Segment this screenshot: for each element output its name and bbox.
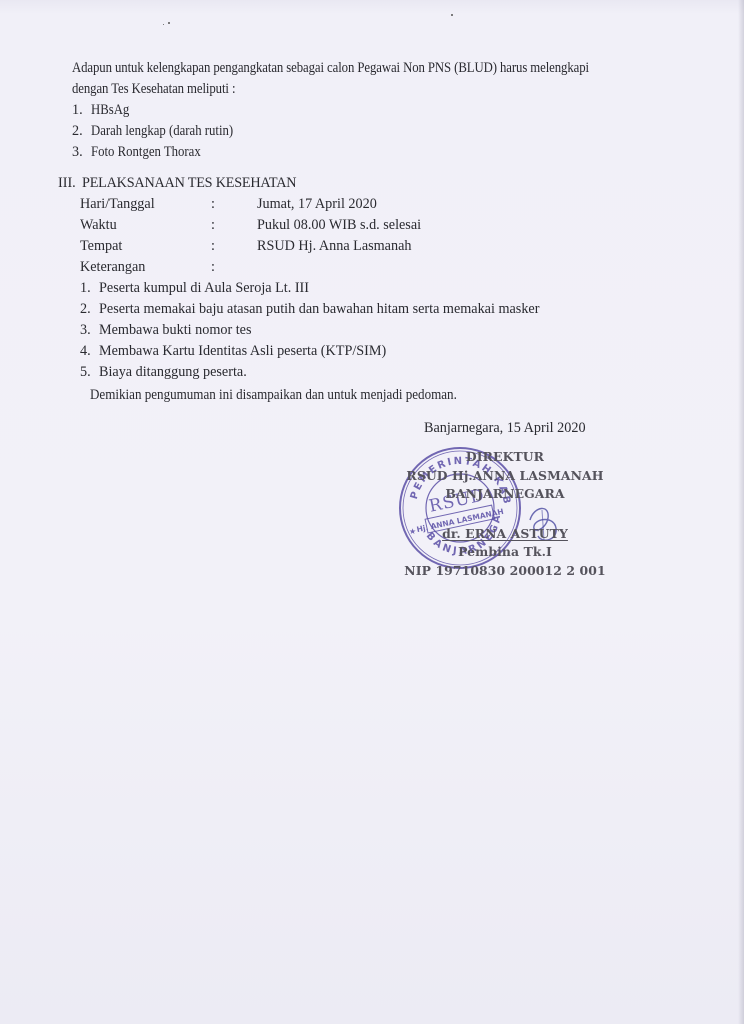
section-title: PELAKSANAAN TES KESEHATAN <box>82 173 296 194</box>
signatory-nip: NIP 19710830 200012 2 001 <box>380 562 630 581</box>
signatory-institution: RSUD Hj.ANNA LASMANAH <box>380 467 630 486</box>
signatory-city: BANJARNEGARA <box>380 485 630 504</box>
signatory-rank: Pembina Tk.I <box>380 543 630 562</box>
closing-statement: Demikian pengumuman ini disampaikan dan … <box>90 385 457 406</box>
intro-line-2: dengan Tes Kesehatan meliputi : <box>72 79 589 100</box>
section-numeral: III. <box>58 173 76 194</box>
signatory-title: DIREKTUR <box>380 448 630 467</box>
place-and-date: Banjarnegara, 15 April 2020 <box>424 418 586 439</box>
intro-paragraph: Adapun untuk kelengkapan pengangkatan se… <box>72 58 646 100</box>
signatory-name: dr. ERNA ASTUTY <box>380 525 630 544</box>
intro-line-1: Adapun untuk kelengkapan pengangkatan se… <box>72 58 589 79</box>
signature-block: DIREKTUR RSUD Hj.ANNA LASMANAH BANJARNEG… <box>380 448 630 580</box>
scan-speck <box>168 22 170 24</box>
scan-speck <box>451 14 453 16</box>
scan-speck <box>163 24 164 25</box>
scan-edge-shadow <box>738 0 744 1024</box>
